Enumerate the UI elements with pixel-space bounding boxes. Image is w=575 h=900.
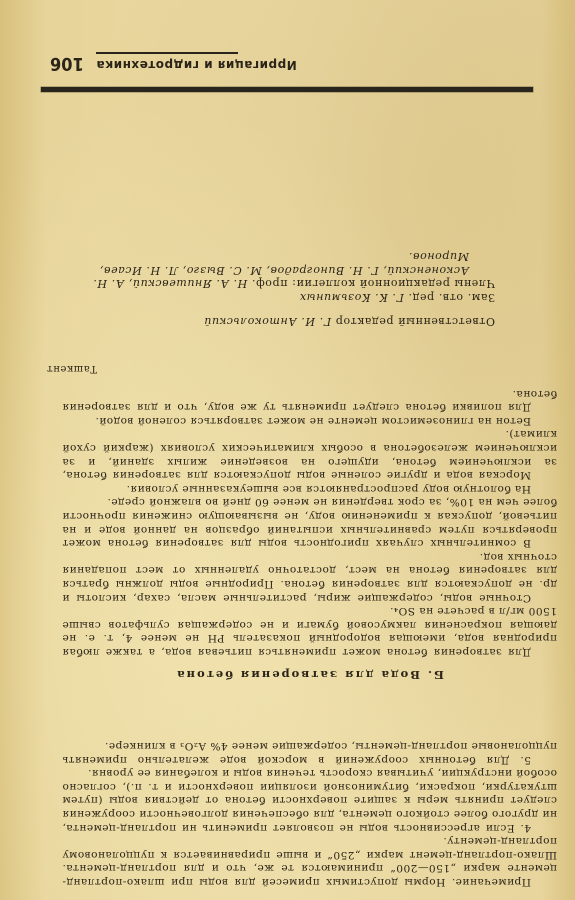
section-paragraph: В сомнительных случаях пригодность воды … <box>62 495 557 549</box>
editor-label: Ответственный редактор <box>335 315 495 328</box>
editor-name: Г. И. Антокольский <box>204 315 331 328</box>
board-names-2: Асконенский, Г. Н. Виноградов, М. С. Выз… <box>62 263 495 277</box>
horizontal-rule <box>41 87 533 92</box>
section-paragraph: Для поливки бетона следует применять ту … <box>62 386 557 413</box>
title-underline <box>96 52 238 54</box>
section-b: Б. Вода для затворения бетона Для затвор… <box>62 386 557 682</box>
note-paragraph: Примечание. Нормы допустимых примесей дл… <box>62 834 557 888</box>
board-names-3: Миронов. <box>62 249 495 263</box>
page-number: 106 <box>50 53 84 74</box>
deputy-name: Г. К. Козьминых <box>299 291 404 304</box>
deputy-line: Зам. отв. ред. Г. К. Козьминых <box>62 290 495 304</box>
section-paragraph: Морская вода и другие соленые воды допус… <box>62 427 557 481</box>
deputy-label: Зам. отв. ред. <box>408 291 495 304</box>
running-title: Ирригация и гидротехника <box>96 58 297 72</box>
section-paragraph: Бетон на глиноземистом цементе не может … <box>62 413 557 427</box>
editor-line: Ответственный редактор Г. И. Антокольски… <box>62 314 495 328</box>
item-5-paragraph: 5. Для бетонных сооружений в морской вод… <box>62 738 557 765</box>
section-title: Б. Вода для затворения бетона <box>62 668 557 682</box>
board-label: Члены редакционной коллегии: проф. <box>251 277 495 290</box>
editorial-imprint: Ответственный редактор Г. И. Антокольски… <box>62 249 495 328</box>
section-paragraph: Для затворения бетона может применяться … <box>62 604 557 658</box>
running-header: Ирригация и гидротехника 106 <box>50 42 235 74</box>
board-line-1: Члены редакционной коллегии: проф. Н. А.… <box>62 277 495 291</box>
board-names-1: Н. А. Янишевский, А. Н. <box>93 277 248 290</box>
footnote-block: Примечание. Нормы допустимых примесей дл… <box>62 738 557 888</box>
section-paragraph: Сточные воды, содержащие жиры, раститель… <box>62 549 557 603</box>
scanned-page: Примечание. Нормы допустимых примесей дл… <box>0 0 575 900</box>
item-4-paragraph: 4. Если агрессивность воды не позволяет … <box>62 766 557 834</box>
section-paragraph: На болотную воду распространяются все вы… <box>62 481 557 495</box>
city-label: Ташкент <box>47 363 98 374</box>
